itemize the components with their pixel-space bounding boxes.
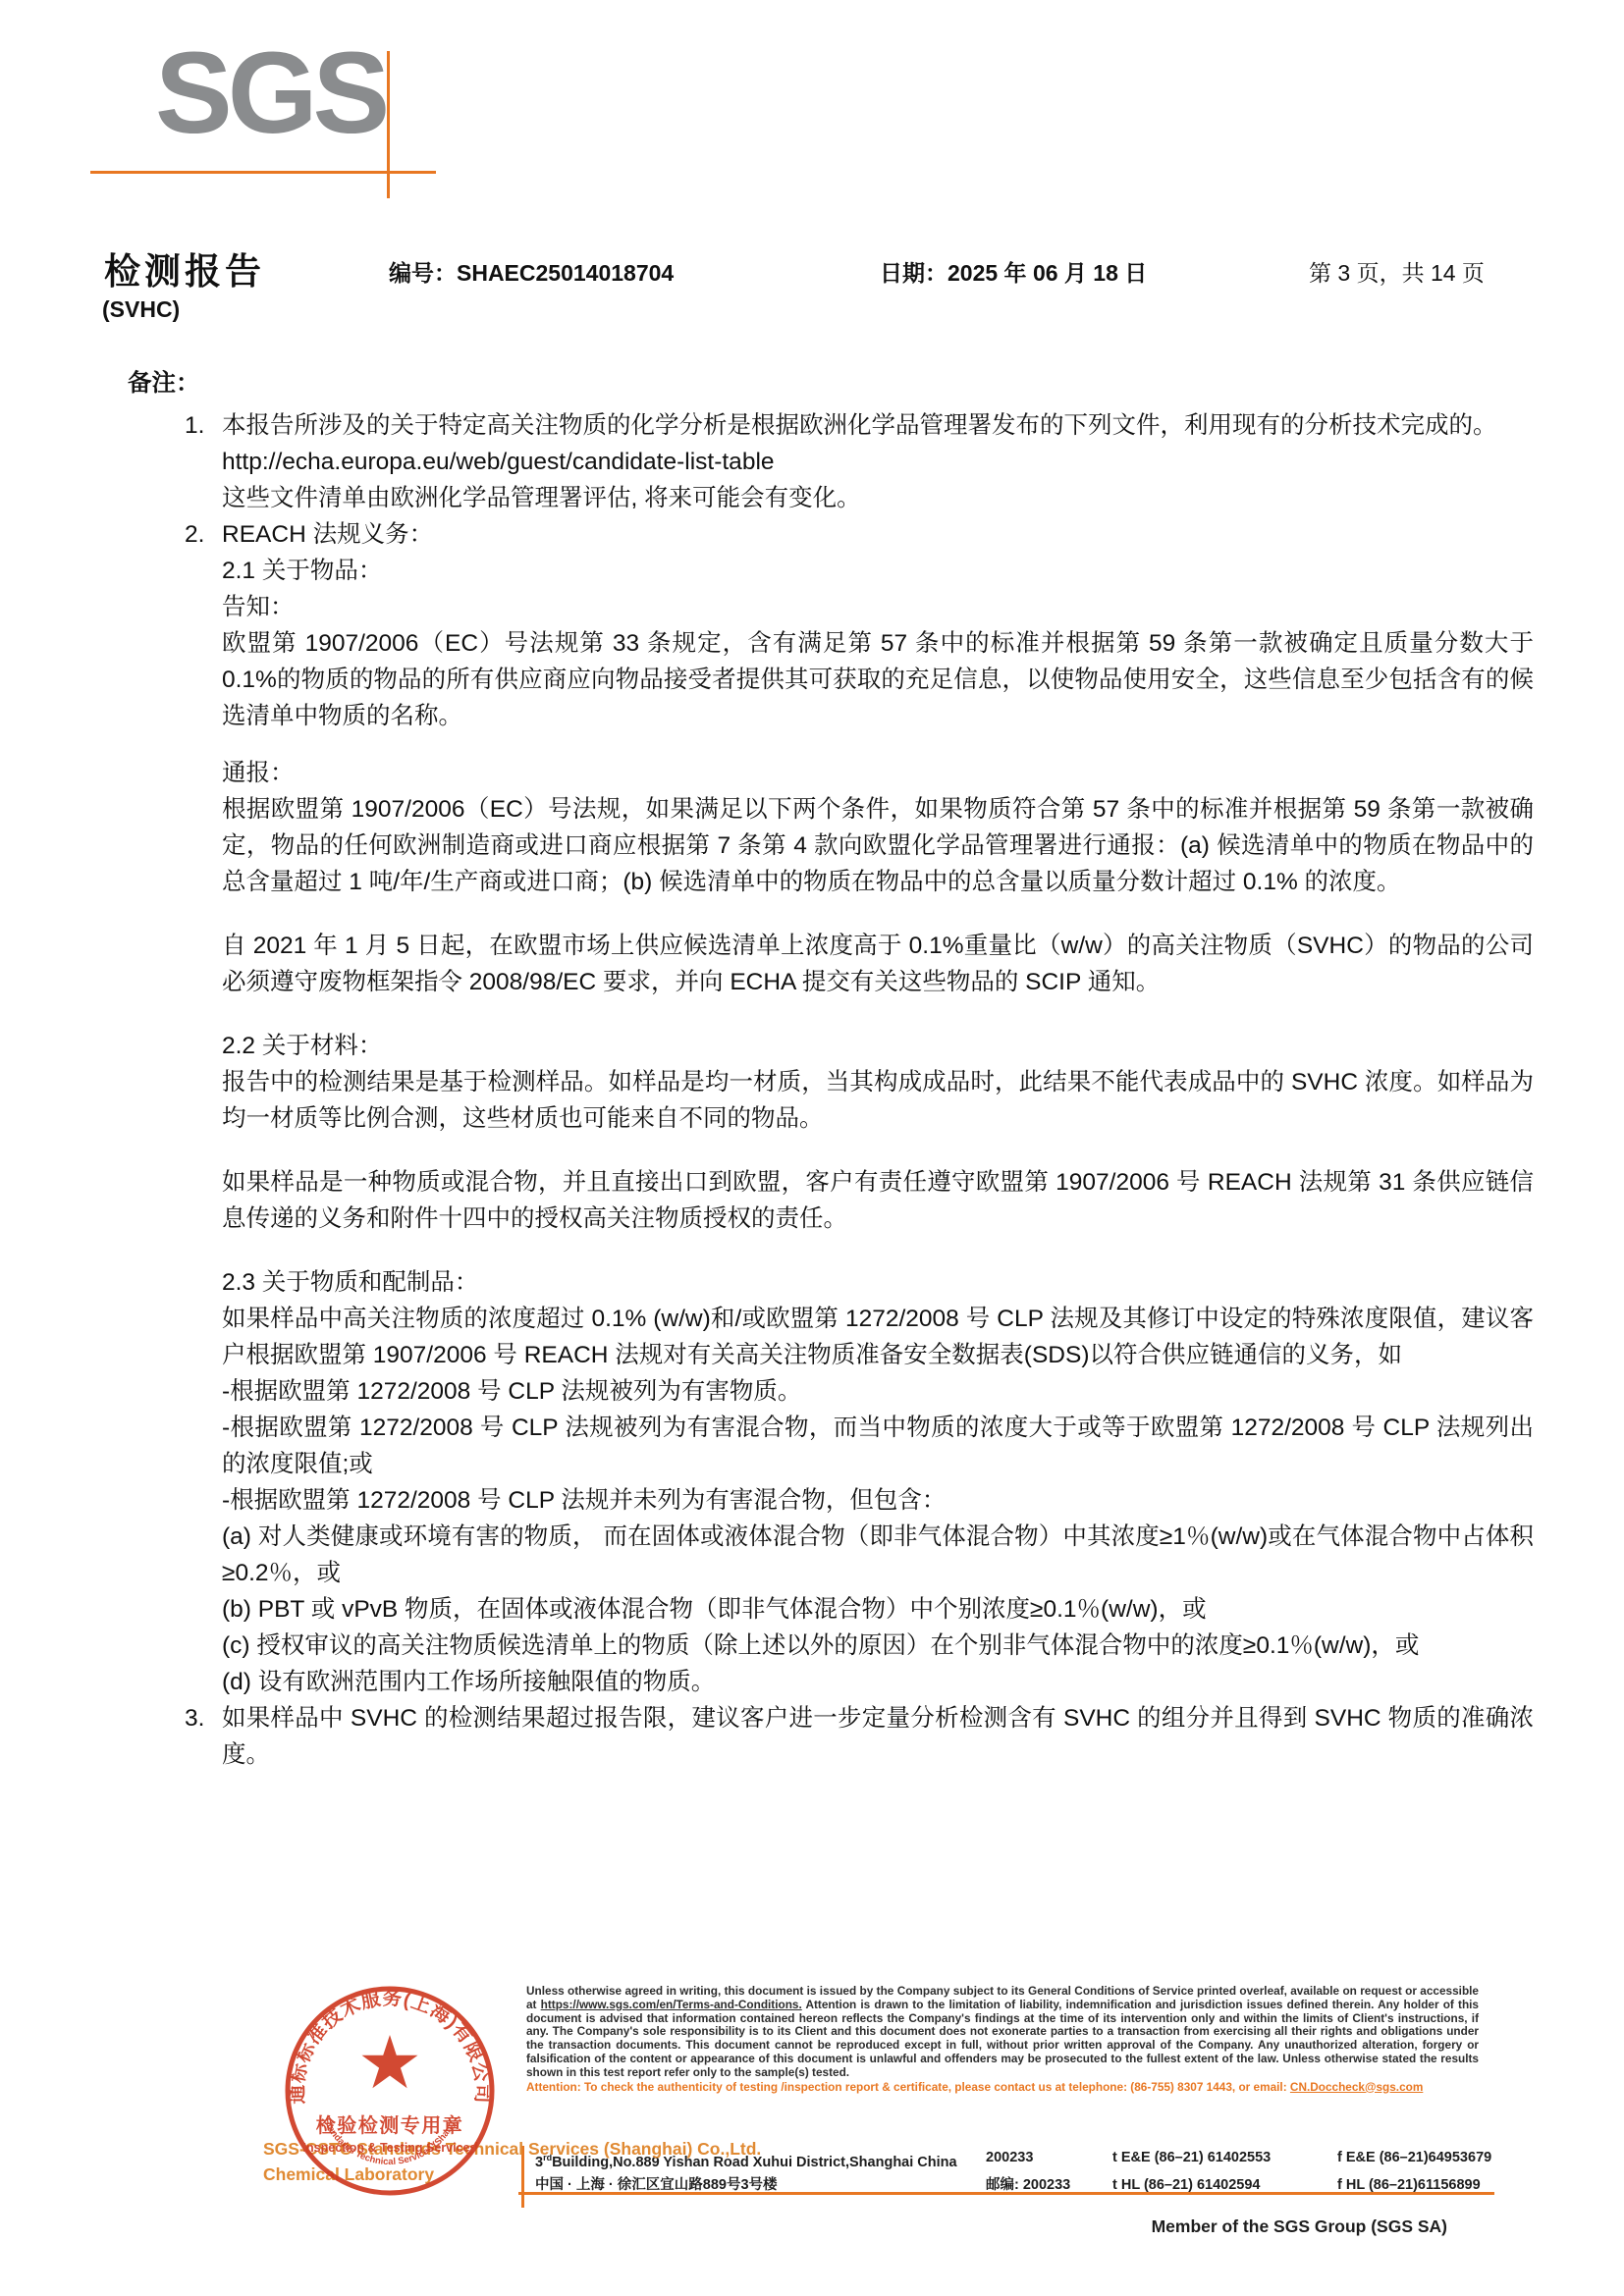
section-2-1-heading: 2.1 关于物品：	[222, 553, 1534, 589]
phone-ee: t E&E (86–21) 61402553	[1112, 2147, 1333, 2174]
candidate-list-url: http://echa.europa.eu/web/guest/candidat…	[222, 444, 1534, 480]
page-title: 检测报告	[104, 241, 265, 294]
terms-url: https://www.sgs.com/en/Terms-and-Conditi…	[541, 1998, 802, 2011]
material-paragraph-1: 报告中的检测结果是基于检测样品。如样品是均一材质，当其构成成品时，此结果不能代表…	[222, 1064, 1534, 1137]
page-subtitle: (SVHC)	[102, 296, 180, 323]
note-item-content: REACH 法规义务： 2.1 关于物品： 告知： 欧盟第 1907/2006（…	[222, 516, 1534, 1700]
reach-obligation-heading: REACH 法规义务：	[222, 516, 1534, 553]
bullet-2: -根据欧盟第 1272/2008 号 CLP 法规被列为有害混合物，而当中物质的…	[222, 1410, 1534, 1482]
substance-paragraph: 如果样品中高关注物质的浓度超过 0.1% (w/w)和/或欧盟第 1272/20…	[222, 1301, 1534, 1373]
sub-item-b: (b) PBT 或 vPvB 物质，在固体或液体混合物（即非气体混合物）中个别浓…	[222, 1591, 1534, 1628]
report-number-field: 编号：SHAEC25014018704	[389, 255, 674, 288]
authenticity-attention: Attention: To check the authenticity of …	[526, 2081, 1479, 2095]
stamp-star-icon	[362, 2035, 418, 2088]
note1-paragraph: 本报告所涉及的关于特定高关注物质的化学分析是根据欧洲化学品管理署发布的下列文件，…	[222, 407, 1534, 444]
company-stamp: 通标标准技术服务(上海)有限公司 检验检测专用章 Inspection & Te…	[277, 1978, 503, 2204]
report-date-value: 2025 年 06 月 18 日	[947, 260, 1147, 286]
report-number-value: SHAEC25014018704	[457, 260, 674, 286]
report-number-label: 编号：	[389, 260, 457, 286]
stamp-center-text-en: Inspection & Testing Services	[303, 2141, 477, 2155]
note-item-number: 1.	[185, 407, 222, 516]
note-item-1: 1. 本报告所涉及的关于特定高关注物质的化学分析是根据欧洲化学品管理署发布的下列…	[128, 407, 1534, 516]
postcode-en: 200233	[986, 2147, 1109, 2174]
notify-paragraph: 欧盟第 1907/2006（EC）号法规第 33 条规定，含有满足第 57 条中…	[222, 625, 1534, 734]
sgs-logo: SGS	[155, 35, 385, 151]
sgs-group-membership: Member of the SGS Group (SGS SA)	[996, 2216, 1447, 2237]
report-page: SGS 检测报告 (SVHC) 编号：SHAEC25014018704 日期：2…	[0, 0, 1624, 2296]
sub-item-a: (a) 对人类健康或环境有害的物质， 而在固体或液体混合物（即非气体混合物）中其…	[222, 1519, 1534, 1591]
logo-crosshair-horizontal-line	[90, 171, 436, 174]
attention-text: Attention: To check the authenticity of …	[526, 2080, 1290, 2094]
legal-disclaimer: Unless otherwise agreed in writing, this…	[526, 1985, 1479, 2094]
sub-item-d: (d) 设有欧洲范围内工作场所接触限值的物质。	[222, 1664, 1534, 1700]
note3-paragraph: 如果样品中 SVHC 的检测结果超过报告限，建议客户进一步定量分析检测含有 SV…	[222, 1700, 1534, 1773]
material-paragraph-2: 如果样品是一种物质或混合物，并且直接出口到欧盟，客户有责任遵守欧盟第 1907/…	[222, 1164, 1534, 1237]
bullet-3: -根据欧盟第 1272/2008 号 CLP 法规并未列为有害混合物，但包含：	[222, 1482, 1534, 1519]
footer-horizontal-rule	[518, 2192, 1494, 2195]
notify-heading: 告知：	[222, 589, 1534, 625]
notes-heading: 备注：	[128, 365, 1534, 401]
note-item-content: 本报告所涉及的关于特定高关注物质的化学分析是根据欧洲化学品管理署发布的下列文件，…	[222, 407, 1534, 516]
report-heading: 通报：	[222, 755, 1534, 791]
note-item-number: 3.	[185, 1700, 222, 1773]
report-date-label: 日期：	[880, 260, 947, 286]
report-date-field: 日期：2025 年 06 月 18 日	[880, 255, 1147, 288]
section-2-3-heading: 2.3 关于物质和配制品：	[222, 1264, 1534, 1301]
logo-crosshair-vertical-line	[387, 51, 390, 198]
section-2-2-heading: 2.2 关于材料：	[222, 1028, 1534, 1064]
note-item-number: 2.	[185, 516, 222, 1700]
notes-section: 备注： 1. 本报告所涉及的关于特定高关注物质的化学分析是根据欧洲化学品管理署发…	[128, 365, 1534, 1773]
note1-paragraph: 这些文件清单由欧洲化学品管理署评估, 将来可能会有变化。	[222, 480, 1534, 516]
fax-ee: f E&E (86–21)64953679	[1337, 2147, 1545, 2174]
note-item-2: 2. REACH 法规义务： 2.1 关于物品： 告知： 欧盟第 1907/20…	[128, 516, 1534, 1700]
note-item-content: 如果样品中 SVHC 的检测结果超过报告限，建议客户进一步定量分析检测含有 SV…	[222, 1700, 1534, 1773]
report-paragraph: 根据欧盟第 1907/2006（EC）号法规，如果满足以下两个条件，如果物质符合…	[222, 791, 1534, 900]
doccheck-email: CN.Doccheck@sgs.com	[1290, 2080, 1423, 2094]
page-count-indicator: 第 3 页，共 14 页	[1309, 255, 1485, 288]
note-item-3: 3. 如果样品中 SVHC 的检测结果超过报告限，建议客户进一步定量分析检测含有…	[128, 1700, 1534, 1773]
scip-paragraph: 自 2021 年 1 月 5 日起，在欧盟市场上供应候选清单上浓度高于 0.1%…	[222, 928, 1534, 1000]
bullet-1: -根据欧盟第 1272/2008 号 CLP 法规被列为有害物质。	[222, 1373, 1534, 1410]
sub-item-c: (c) 授权审议的高关注物质候选清单上的物质（除上述以外的原因）在个别非气体混合…	[222, 1628, 1534, 1664]
